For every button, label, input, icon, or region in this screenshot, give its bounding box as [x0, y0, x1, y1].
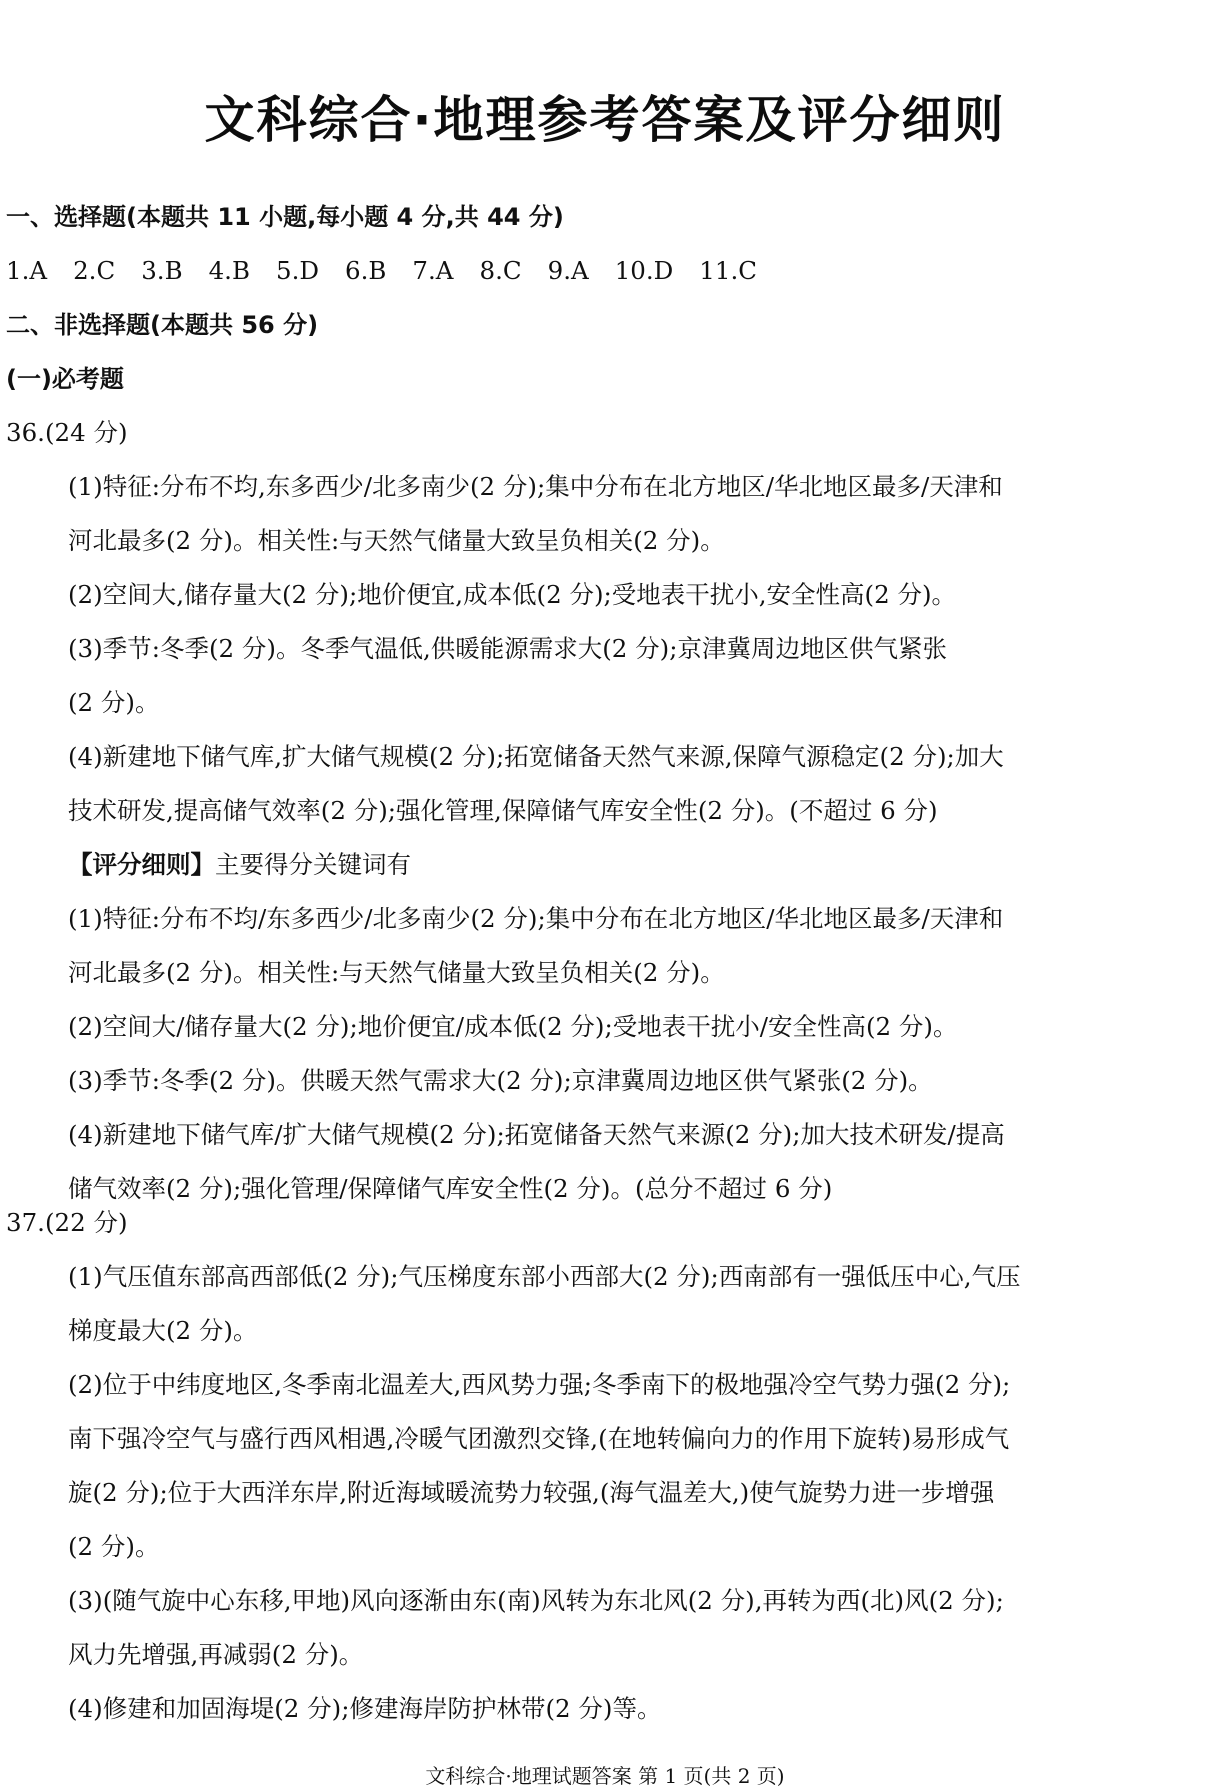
- q37-line: (1)气压值东部高西部低(2 分);气压梯度东部小西部大(2 分);西南部有一强…: [68, 1260, 1020, 1294]
- rubric-tag: 【评分细则】: [68, 850, 215, 879]
- page-footer: 文科综合·地理试题答案 第 1 页(共 2 页): [0, 1762, 1210, 1790]
- q36-label: 36.(24 分): [6, 416, 128, 450]
- q37-line: 旋(2 分);位于大西洋东岸,附近海域暖流势力较强,(海气温差大,)使气旋势力进…: [68, 1476, 994, 1510]
- answer-1: 1.A: [6, 254, 47, 288]
- q36-rubric-line: 河北最多(2 分)。相关性:与天然气储量大致呈负相关(2 分)。: [68, 956, 725, 990]
- q36-rubric-line: (1)特征:分布不均/东多西少/北多南少(2 分);集中分布在北方地区/华北地区…: [68, 902, 1003, 936]
- q36-line: 河北最多(2 分)。相关性:与天然气储量大致呈负相关(2 分)。: [68, 524, 725, 558]
- q36-rubric-line: (3)季节:冬季(2 分)。供暖天然气需求大(2 分);京津冀周边地区供气紧张(…: [68, 1064, 933, 1098]
- answer-key: 1.A2.C3.B4.B5.D6.B7.A8.C9.A10.D11.C: [6, 254, 783, 288]
- answer-3: 3.B: [141, 254, 182, 288]
- q37-line: 梯度最大(2 分)。: [68, 1314, 258, 1348]
- q37-label: 37.(22 分): [6, 1206, 128, 1240]
- q36-rubric-line: (4)新建地下储气库/扩大储气规模(2 分);拓宽储备天然气来源(2 分);加大…: [68, 1118, 1005, 1152]
- section2-heading: 二、非选择题(本题共 56 分): [6, 308, 318, 342]
- q36-line: 技术研发,提高储气效率(2 分);强化管理,保障储气库安全性(2 分)。(不超过…: [68, 794, 938, 828]
- answer-9: 9.A: [548, 254, 589, 288]
- answer-4: 4.B: [209, 254, 250, 288]
- q37-line: (3)(随气旋中心东移,甲地)风向逐渐由东(南)风转为东北风(2 分),再转为西…: [68, 1584, 1004, 1618]
- answer-7: 7.A: [412, 254, 453, 288]
- q36-line: (2 分)。: [68, 686, 160, 720]
- q37-line: 南下强冷空气与盛行西风相遇,冷暖气团激烈交锋,(在地转偏向力的作用下旋转)易形成…: [68, 1422, 1009, 1456]
- q36-rubric-line: (2)空间大/储存量大(2 分);地价便宜/成本低(2 分);受地表干扰小/安全…: [68, 1010, 957, 1044]
- answer-10: 10.D: [615, 254, 674, 288]
- answer-5: 5.D: [276, 254, 319, 288]
- q36-line: (4)新建地下储气库,扩大储气规模(2 分);拓宽储备天然气来源,保障气源稳定(…: [68, 740, 1004, 774]
- q36-line: (3)季节:冬季(2 分)。冬季气温低,供暖能源需求大(2 分);京津冀周边地区…: [68, 632, 947, 666]
- q37-line: 风力先增强,再减弱(2 分)。: [68, 1638, 363, 1672]
- q36-rubric-line: 储气效率(2 分);强化管理/保障储气库安全性(2 分)。(总分不超过 6 分): [68, 1172, 832, 1206]
- page-title: 文科综合·地理参考答案及评分细则: [0, 80, 1210, 152]
- answer-11: 11.C: [699, 254, 757, 288]
- q37-line: (2)位于中纬度地区,冬季南北温差大,西风势力强;冬季南下的极地强冷空气势力强(…: [68, 1368, 1010, 1402]
- q37-line: (2 分)。: [68, 1530, 160, 1564]
- q36-line: (1)特征:分布不均,东多西少/北多南少(2 分);集中分布在北方地区/华北地区…: [68, 470, 1003, 504]
- section2-subheading: (一)必考题: [6, 362, 124, 396]
- q36-rubric-heading: 【评分细则】主要得分关键词有: [68, 848, 411, 882]
- answer-8: 8.C: [479, 254, 521, 288]
- section1-heading: 一、选择题(本题共 11 小题,每小题 4 分,共 44 分): [6, 200, 564, 234]
- answer-6: 6.B: [345, 254, 386, 288]
- answer-2: 2.C: [73, 254, 115, 288]
- q37-line: (4)修建和加固海堤(2 分);修建海岸防护林带(2 分)等。: [68, 1692, 661, 1726]
- q36-line: (2)空间大,储存量大(2 分);地价便宜,成本低(2 分);受地表干扰小,安全…: [68, 578, 956, 612]
- rubric-intro: 主要得分关键词有: [215, 850, 411, 879]
